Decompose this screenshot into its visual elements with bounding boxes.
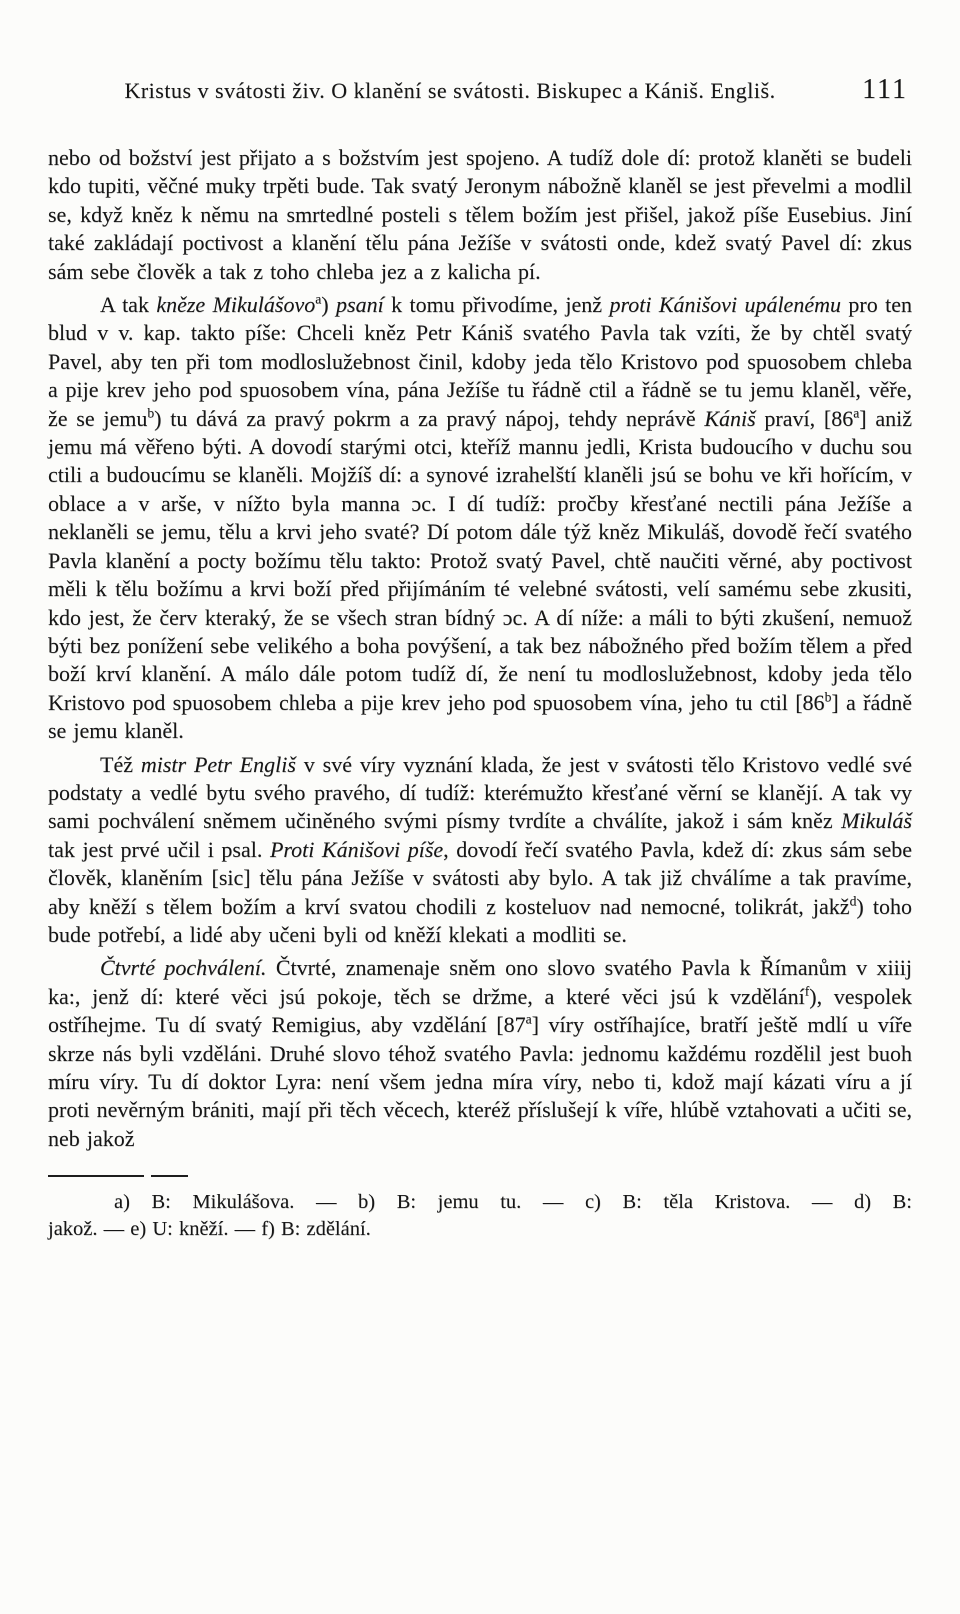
text-run: ] aniž jemu má věřeno býti. A dovodí sta…: [48, 406, 912, 715]
text-run: ): [321, 292, 336, 317]
footnotes: a) B: Mikulášova. — b) B: jemu tu. — c) …: [48, 1189, 912, 1243]
text-run: mistr Petr Engliš: [141, 752, 296, 777]
text-run: k tomu přivodíme, jenž: [384, 292, 610, 317]
footnote-line: a) B: Mikulášova. — b) B: jemu tu. — c) …: [48, 1189, 912, 1216]
running-head-title: Kristus v svátosti živ. O klanění se svá…: [52, 78, 848, 104]
paragraph-continuation: nebo od božství jest přijato a s božství…: [48, 144, 912, 286]
text-run: Proti Kánišovi píše: [270, 837, 443, 862]
paragraph-ctvrte-pochvaleni: Čtvrté pochválení. Čtvrté, znamenaje sně…: [48, 954, 912, 1153]
text-run: Čtvrté pochválení.: [100, 955, 266, 980]
text-run: praví, [86: [756, 406, 854, 431]
text-run: Též: [100, 752, 141, 777]
book-page: Kristus v svátosti živ. O klanění se svá…: [0, 0, 960, 1614]
running-head: Kristus v svátosti živ. O klanění se svá…: [52, 74, 908, 106]
footnote-line: jakož. — e) U: kněží. — f) B: zdělání.: [48, 1216, 912, 1243]
footnote-rule-long-segment: [48, 1175, 144, 1177]
text-run: Kániš: [704, 406, 755, 431]
text-run: kněze Mikulášovo: [156, 292, 315, 317]
text-run: nebo od božství jest přijato a s božství…: [48, 145, 912, 284]
page-body: nebo od božství jest přijato a s božství…: [48, 144, 912, 1153]
page-number: 111: [862, 74, 908, 106]
text-run: A tak: [100, 292, 156, 317]
text-run: a) B: Mikulášova. — b) B: jemu tu. — c) …: [114, 1191, 912, 1213]
text-run: jakož. — e) U: kněží. — f) B: zdělání.: [48, 1218, 371, 1240]
paragraph-petr-englis: Též mistr Petr Engliš v své víry vyznání…: [48, 751, 912, 950]
paragraph-mikulas-psani: A tak kněze Mikulášovoa) psaní k tomu př…: [48, 291, 912, 746]
text-run: ) tu dává za pravý pokrm a za pravý nápo…: [154, 406, 704, 431]
text-run: psaní: [336, 292, 384, 317]
text-run: tak jest prvé učil i psal.: [48, 837, 270, 862]
text-run: proti Kánišovi upálenému: [609, 292, 841, 317]
footnote-rule-short-segment: [151, 1175, 188, 1177]
text-run: Mikuláš: [841, 808, 912, 833]
footnote-separator: [48, 1175, 960, 1177]
